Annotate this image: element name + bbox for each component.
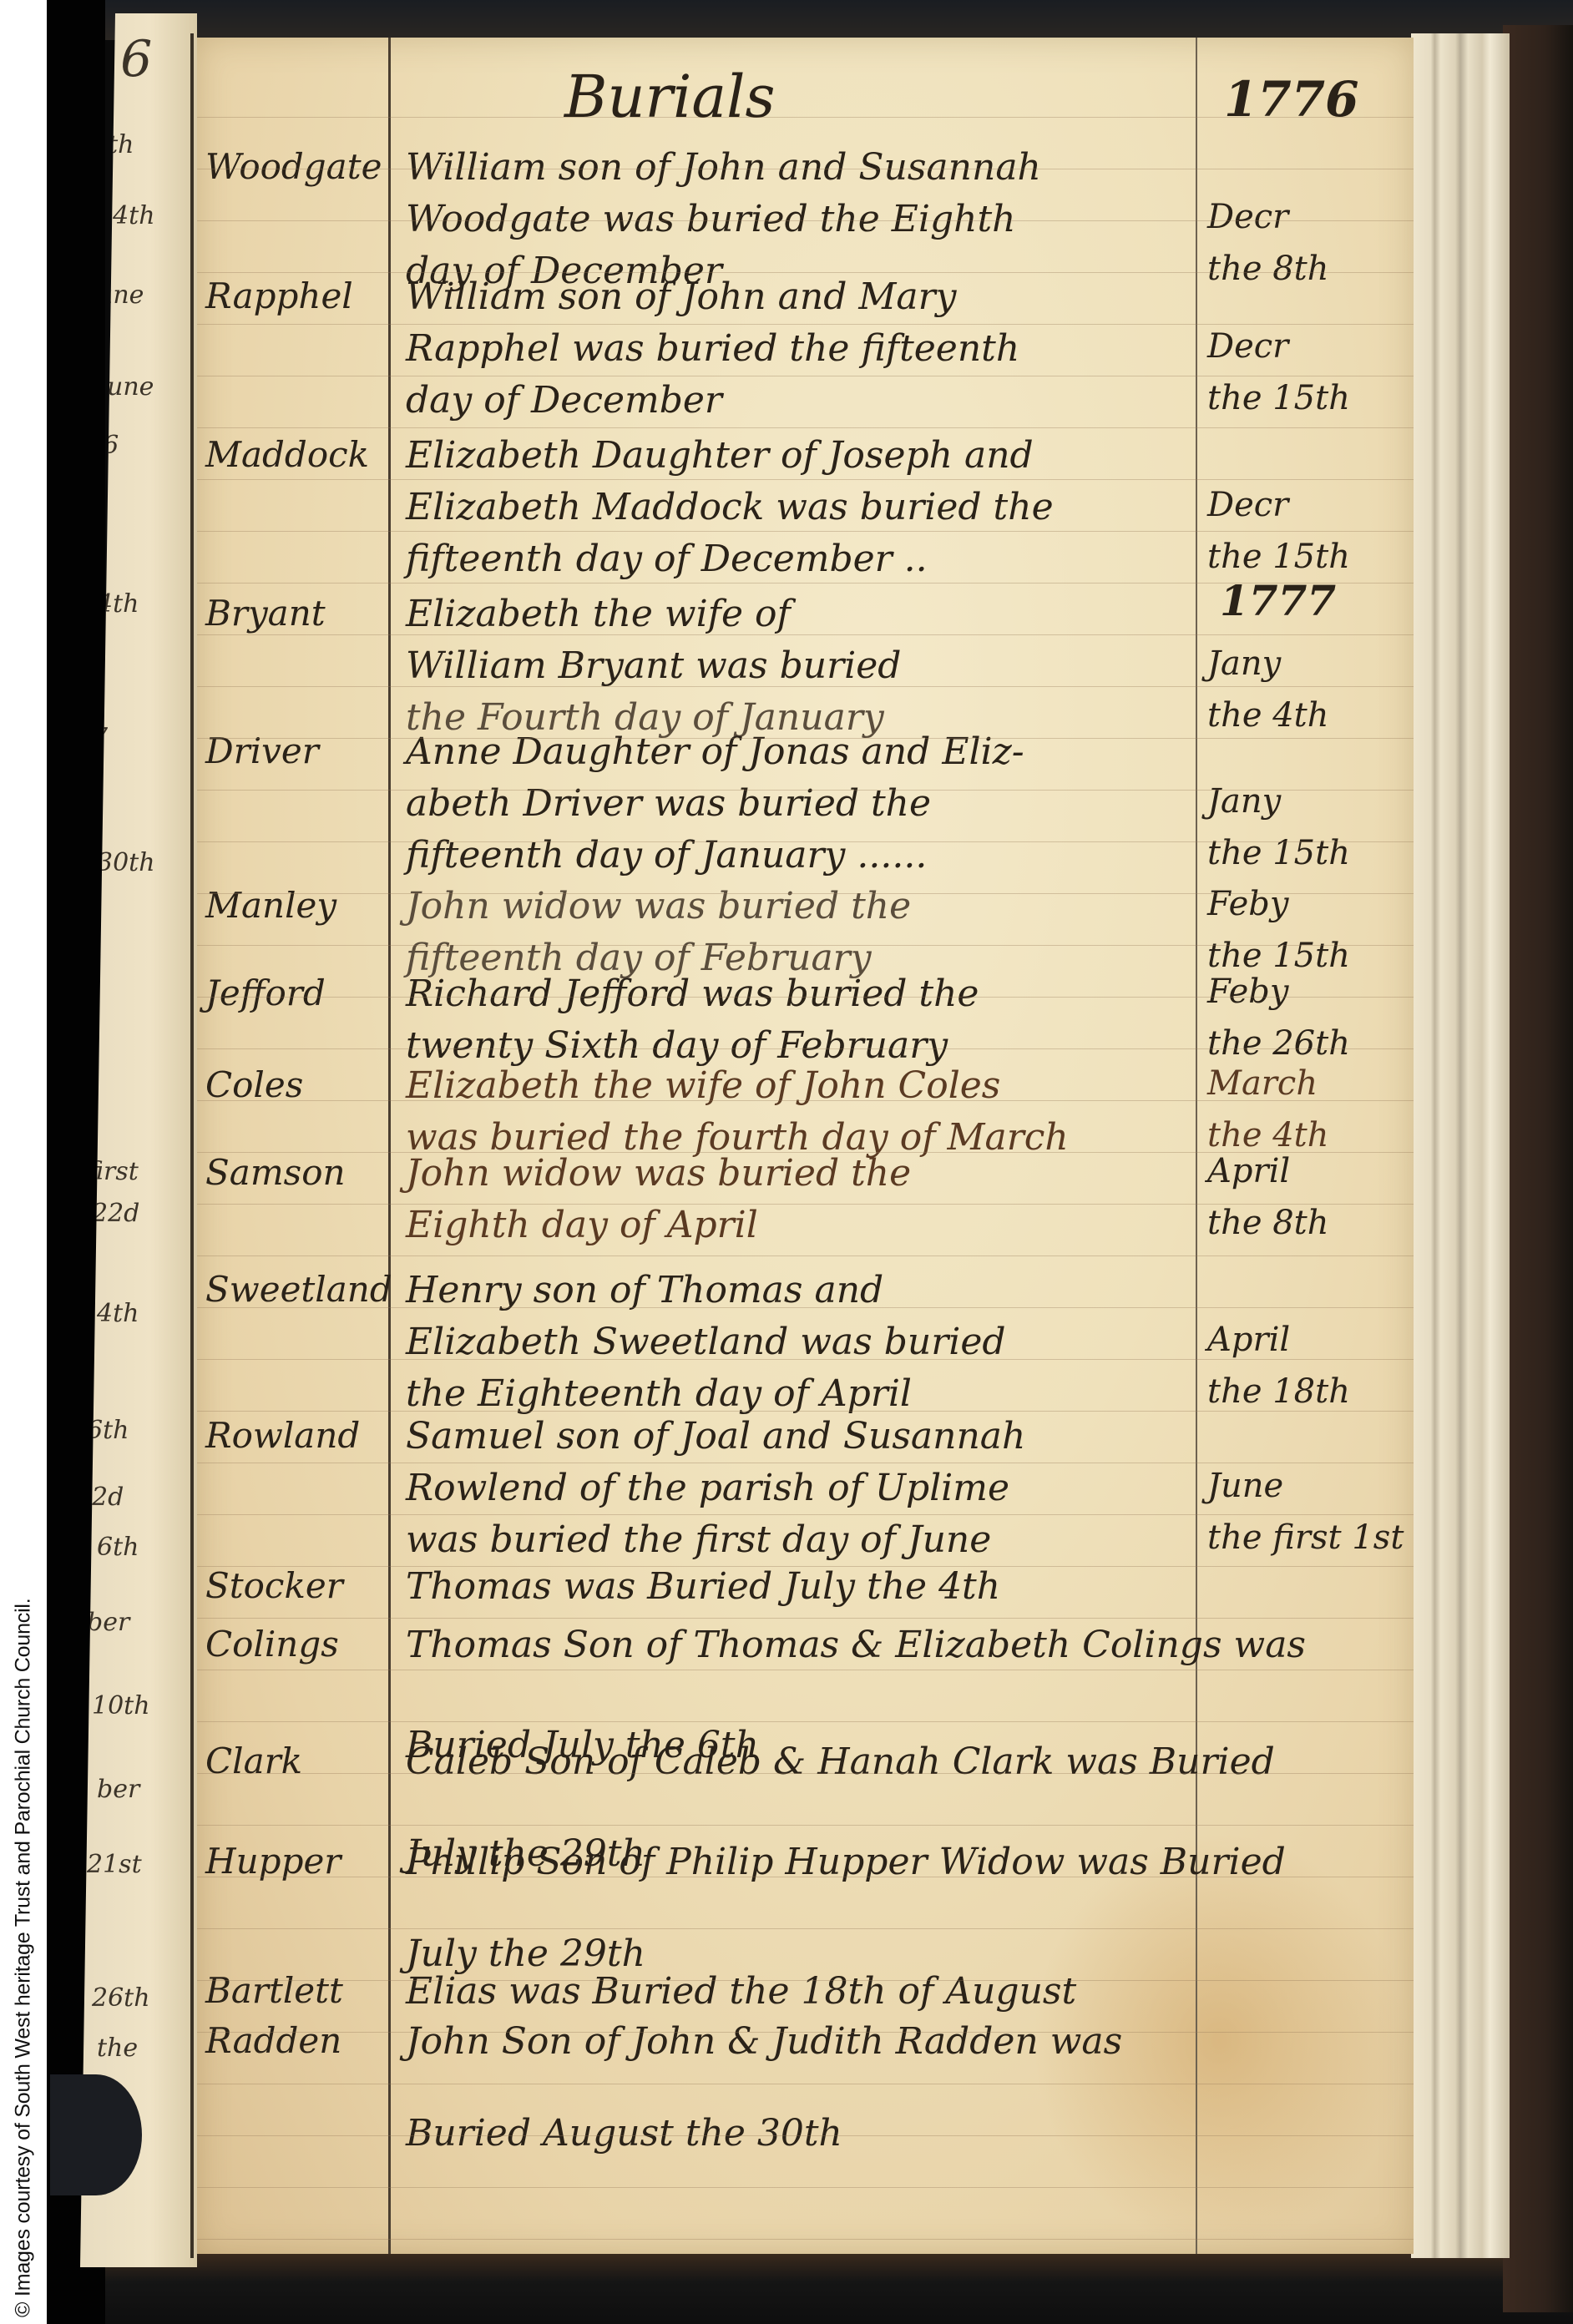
ruled-line (197, 2239, 1414, 2240)
page-title: Burials (564, 63, 775, 131)
entry-text-line: Rapphel was buried the fifteenth (406, 327, 1019, 370)
entry-text-line: Elizabeth Daughter of Joseph and (406, 434, 1034, 477)
ruled-line (197, 1618, 1414, 1619)
entry-text-line: Elizabeth the wife of (406, 593, 791, 635)
ruled-line (197, 2187, 1414, 2188)
entry-text-line: Richard Jefford was buried the (406, 973, 979, 1015)
ruled-line (197, 376, 1414, 376)
ruled-line (197, 324, 1414, 325)
ruled-line (197, 169, 1414, 169)
entry-date: the 15th (1207, 538, 1350, 576)
entry-text-line: Elizabeth Maddock was buried the (406, 486, 1054, 528)
ruled-line (197, 220, 1414, 221)
entry-text-line: Eighth day of April (406, 1204, 758, 1246)
ruled-line (197, 1359, 1414, 1360)
ruled-line (197, 1670, 1414, 1670)
entry-surname: Sweetland (205, 1269, 389, 1310)
entry-surname: Driver (205, 730, 389, 771)
entry-text-line: William son of John and Susannah (406, 146, 1041, 189)
entry-surname: Manley (205, 885, 389, 926)
entry-surname: Maddock (205, 434, 389, 475)
entry-date: Feby (1207, 885, 1288, 923)
entry-text-line: Woodgate was buried the Eighth (406, 198, 1016, 240)
ruled-line (197, 2032, 1414, 2033)
entry-text-line: twenty Sixth day of February (406, 1024, 948, 1067)
book-cover-bottom (105, 2254, 1573, 2324)
entry-text-line: Rowlend of the parish of Uplime (406, 1467, 1009, 1509)
entry-date: the 4th (1207, 696, 1329, 735)
register-page: Burials 1776 1777 WoodgateWilliam son of… (197, 38, 1414, 2254)
entry-surname: Rowland (205, 1415, 389, 1456)
entry-date: the 8th (1207, 1204, 1329, 1242)
entry-text-line: fifteenth day of December .. (406, 538, 928, 580)
previous-page-fragment: 30th (97, 848, 155, 877)
ruled-line (197, 1566, 1414, 1567)
copyright-credit: © Images courtesy of South West heritage… (12, 1598, 36, 2317)
entry-surname: Bryant (205, 593, 389, 634)
entry-text-line: Elias was Buried the 18th of August (406, 1970, 1076, 2013)
entry-text-line: abeth Driver was buried the (406, 782, 931, 825)
book-cover-right (1503, 25, 1573, 2312)
entry-surname: Rapphel (205, 275, 389, 316)
ruled-line (197, 1204, 1414, 1205)
entry-text-line: the Eighteenth day of April (406, 1372, 912, 1415)
entry-text-line: Anne Daughter of Jonas and Eliz- (406, 730, 1024, 773)
ruled-line (197, 738, 1414, 739)
entry-text-line: John widow was buried the (406, 1152, 911, 1195)
entry-date: the 15th (1207, 834, 1350, 872)
binding-gutter (190, 33, 194, 2258)
entry-surname: Coles (205, 1064, 389, 1105)
entry-text-line: Thomas Son of Thomas & Elizabeth Colings… (406, 1624, 1306, 1666)
previous-page-fragment: 26th (92, 1983, 150, 2013)
entry-date: the 18th (1207, 1372, 1350, 1411)
entry-surname: Woodgate (205, 146, 389, 187)
entry-date: the 4th (1207, 1116, 1329, 1154)
ruled-line (197, 790, 1414, 791)
date-column-rule (1196, 38, 1197, 2254)
entry-text-line: was buried the first day of June (406, 1518, 991, 1561)
previous-page-fragment: 21st (87, 1850, 142, 1879)
entry-text-line: Henry son of Thomas and (406, 1269, 883, 1311)
entry-text-line: William son of John and Mary (406, 275, 957, 318)
entry-text-line: fifteenth day of January ...... (406, 834, 927, 877)
entry-date: Decr (1207, 486, 1288, 524)
ruled-line (197, 531, 1414, 532)
entry-date: the 15th (1207, 379, 1350, 417)
entry-date: Decr (1207, 198, 1288, 236)
entry-date: Jany (1207, 782, 1281, 821)
entry-date: June (1207, 1467, 1283, 1505)
ruled-line (197, 1773, 1414, 1774)
entry-surname: Hupper (205, 1841, 389, 1882)
ruled-line (197, 1980, 1414, 1981)
entry-date: Decr (1207, 327, 1288, 366)
ruled-line (197, 997, 1414, 998)
ruled-line (197, 2084, 1414, 2084)
ruled-line (197, 117, 1414, 118)
entry-date: Feby (1207, 973, 1288, 1011)
ruled-line (197, 1307, 1414, 1308)
entry-surname: Jefford (205, 973, 389, 1013)
entry-surname: Bartlett (205, 1970, 389, 2011)
entry-text-line: Buried August the 30th (406, 2112, 842, 2155)
previous-page-fragment: June (97, 372, 154, 402)
credit-strip: © Images courtesy of South West heritage… (0, 0, 47, 2324)
previous-page-fragment: 4th (97, 1299, 139, 1328)
entry-date: April (1207, 1152, 1290, 1190)
entry-date: the first 1st (1207, 1518, 1404, 1557)
entry-surname: Radden (205, 2020, 389, 2061)
entry-surname: Samson (205, 1152, 389, 1193)
entry-date: March (1207, 1064, 1318, 1103)
ruled-line (197, 1255, 1414, 1256)
previous-page-fragment: the (97, 2033, 138, 2063)
ruled-line (197, 1825, 1414, 1826)
previous-page-fragment: 2d (92, 1483, 124, 1512)
previous-page-fragment: 10th (92, 1691, 150, 1720)
ruled-line (197, 1048, 1414, 1049)
entry-text-line: Elizabeth Sweetland was buried (406, 1321, 1006, 1363)
ruled-line (197, 1100, 1414, 1101)
entry-text-line: Caleb Son of Caleb & Hanah Clark was Bur… (406, 1740, 1275, 1783)
ruled-line (197, 1463, 1414, 1463)
previous-page-fragment: ber (97, 1775, 139, 1804)
ruled-line (197, 945, 1414, 946)
ruled-line (197, 479, 1414, 480)
entry-date: the 26th (1207, 1024, 1350, 1063)
entry-date: the 8th (1207, 250, 1329, 288)
entry-surname: Stocker (205, 1565, 389, 1606)
ruled-line (197, 583, 1414, 584)
ruled-line (197, 1411, 1414, 1412)
entry-date: Jany (1207, 644, 1281, 683)
surname-margin-rule (388, 38, 391, 2254)
ruled-line (197, 272, 1414, 273)
previous-page-fragment: 6th (97, 1533, 139, 1562)
ruled-line (197, 634, 1414, 635)
entry-surname: Clark (205, 1740, 389, 1781)
entry-text-line: Samuel son of Joal and Susannah (406, 1415, 1025, 1458)
entry-date: April (1207, 1321, 1290, 1359)
entry-date: the 15th (1207, 937, 1350, 975)
ruled-line (197, 2135, 1414, 2136)
page-hole (50, 2074, 142, 2195)
ruled-line (197, 427, 1414, 428)
ruled-line (197, 1514, 1414, 1515)
previous-page-fragment: 24th (97, 201, 155, 230)
ruled-line (197, 1152, 1414, 1153)
entry-text-line: day of December (406, 379, 722, 422)
entry-text-line: July the 29th (406, 1932, 645, 1975)
previous-page-fragment: ber (87, 1608, 129, 1637)
entry-text-line: John widow was buried the (406, 885, 911, 927)
entry-text-line: John Son of John & Judith Radden was (406, 2020, 1122, 2063)
ruled-line (197, 841, 1414, 842)
ruled-line (197, 1721, 1414, 1722)
ruled-line (197, 686, 1414, 687)
page-stack-edges (1411, 33, 1510, 2258)
entry-text-line: William Bryant was buried (406, 644, 901, 687)
book-cover-top (105, 0, 1573, 40)
previous-page-fragment: 22d (92, 1199, 139, 1228)
entry-text-line: Thomas was Buried July the 4th (406, 1565, 1000, 1608)
ruled-line (197, 1877, 1414, 1877)
ruled-line (197, 1928, 1414, 1929)
ruled-line (197, 893, 1414, 894)
entry-surname: Colings (205, 1624, 389, 1665)
year-header: 1776 (1224, 71, 1358, 128)
